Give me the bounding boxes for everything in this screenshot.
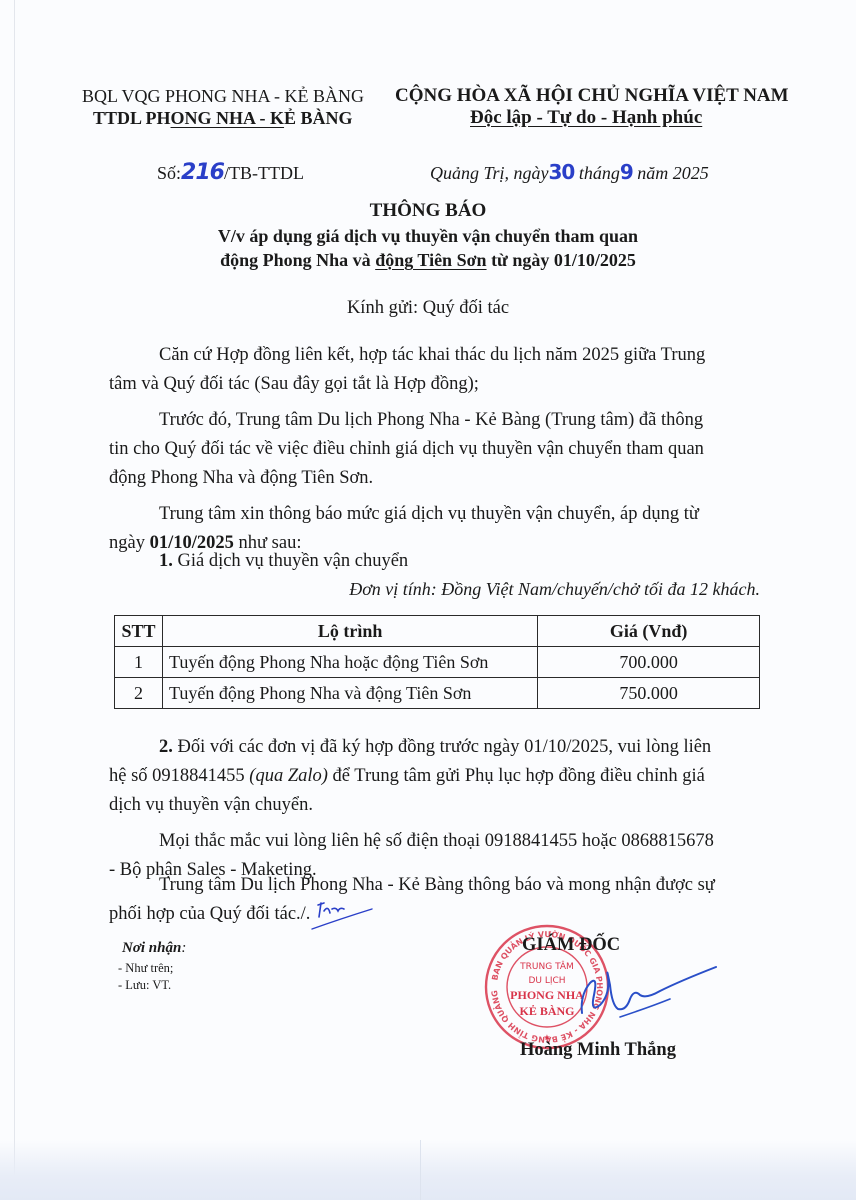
paragraph-2-line-3: động Phong Nha và động Tiên Sơn. [109, 468, 373, 489]
org-unit-underlined: ONG NHA - K [171, 108, 285, 128]
date-day-handwritten: 30 [549, 160, 575, 184]
p3-effective-date: 01/10/2025 [150, 533, 234, 553]
recipients-colon: : [181, 940, 186, 956]
subject-suffix: từ ngày 01/10/2025 [487, 250, 636, 270]
paragraph-2-line-2: tin cho Quý đối tác về việc điều chỉnh g… [109, 439, 704, 460]
paper-fold [420, 1140, 421, 1200]
table-row: 1 Tuyến động Phong Nha hoặc động Tiên Sơ… [115, 647, 760, 678]
paragraph-1-line-2: tâm và Quý đối tác (Sau đây gọi tắt là H… [109, 374, 479, 395]
cell-stt: 2 [115, 678, 163, 709]
recipients-title-text: Nơi nhận [122, 940, 181, 956]
date-year: năm 2025 [637, 163, 709, 183]
table-row: 2 Tuyến động Phong Nha và động Tiên Sơn … [115, 678, 760, 709]
section-2-line-3: dịch vụ thuyền vận chuyển. [109, 795, 313, 816]
signer-position: GIÁM ĐỐC [522, 935, 620, 956]
header-stt: STT [115, 616, 163, 647]
price-table: STT Lộ trình Giá (Vnđ) 1 Tuyến động Phon… [114, 615, 760, 709]
section-1-number: 1. [159, 551, 173, 571]
cell-stt: 1 [115, 647, 163, 678]
date-month-handwritten: 9 [620, 160, 633, 184]
doc-number-label: Số: [157, 163, 181, 183]
section-1-text: Giá dịch vụ thuyền vận chuyển [173, 551, 408, 571]
recipient-item: - Như trên; [118, 961, 173, 976]
section-2-line-1: 2. Đối với các đơn vị đã ký hợp đồng trư… [159, 737, 711, 758]
contact-line-1: Mọi thắc mắc vui lòng liên hệ số điện th… [159, 831, 714, 852]
table-header-row: STT Lộ trình Giá (Vnđ) [115, 616, 760, 647]
document-number: Số:216/TB-TTDL [157, 160, 304, 185]
date-month-label: tháng [579, 163, 620, 183]
p3-prefix: ngày [109, 533, 150, 553]
initials-signature-icon [310, 897, 380, 933]
subject-line-2: động Phong Nha và động Tiên Sơn từ ngày … [0, 250, 856, 271]
scan-shadow [0, 1140, 856, 1200]
cell-route: Tuyến động Phong Nha và động Tiên Sơn [162, 678, 537, 709]
paragraph-2-line-1: Trước đó, Trung tâm Du lịch Phong Nha - … [159, 410, 703, 431]
section-2-number: 2. [159, 737, 173, 757]
nation-title: CỘNG HÒA XÃ HỘI CHỦ NGHĨA VIỆT NAM [395, 85, 789, 107]
section-2-text: Đối với các đơn vị đã ký hợp đồng trước … [173, 737, 711, 757]
cell-route: Tuyến động Phong Nha hoặc động Tiên Sơn [162, 647, 537, 678]
org-unit-suffix: Ẻ BÀNG [284, 108, 353, 128]
closing-line-2: phối hợp của Quý đối tác./. [109, 904, 310, 925]
signer-name: Hoàng Minh Thắng [520, 1040, 676, 1061]
paragraph-1-line-1: Căn cứ Hợp đồng liên kết, hợp tác khai t… [159, 345, 705, 366]
p3-suffix: như sau: [234, 533, 302, 553]
org-unit-prefix: TTDL PH [93, 108, 171, 128]
subject-underlined: động Tiên Sơn [375, 250, 486, 270]
s2-zalo-note: (qua Zalo) [249, 766, 328, 786]
s2-phone: hệ số 0918841455 [109, 766, 249, 786]
closing-line-1: Trung tâm Du lịch Phong Nha - Kẻ Bàng th… [159, 875, 715, 896]
unit-note: Đơn vị tính: Đồng Việt Nam/chuyến/chở tố… [349, 579, 760, 600]
header-price: Giá (Vnđ) [538, 616, 760, 647]
org-unit: TTDL PHONG NHA - KẺ BÀNG [93, 108, 353, 129]
date-place: Quảng Trị, ngày [430, 163, 549, 183]
s2-suffix: để Trung tâm gửi Phụ lục hợp đồng điều c… [328, 766, 705, 786]
subject-line-1: V/v áp dụng giá dịch vụ thuyền vận chuyể… [0, 226, 856, 247]
greeting: Kính gửi: Quý đối tác [0, 298, 856, 319]
section-2-line-2: hệ số 0918841455 (qua Zalo) để Trung tâm… [109, 766, 705, 787]
recipient-item: - Lưu: VT. [118, 978, 171, 993]
handwritten-signature-icon [560, 955, 720, 1025]
motto: Độc lập - Tự do - Hạnh phúc [470, 107, 702, 129]
section-1-heading: 1. Giá dịch vụ thuyền vận chuyển [159, 551, 408, 572]
cell-price: 700.000 [538, 647, 760, 678]
scan-edge [14, 0, 15, 1200]
paragraph-3-line-1: Trung tâm xin thông báo mức giá dịch vụ … [159, 504, 699, 525]
document-date: Quảng Trị, ngày30 tháng9 năm 2025 [430, 160, 709, 184]
doc-number-handwritten: 216 [181, 160, 224, 185]
document-title: THÔNG BÁO [0, 200, 856, 222]
doc-number-suffix: /TB-TTDL [224, 163, 304, 183]
org-parent: BQL VQG PHONG NHA - KẺ BÀNG [82, 86, 364, 107]
document-page: BQL VQG PHONG NHA - KẺ BÀNG TTDL PHONG N… [0, 0, 856, 1200]
recipients-title: Nơi nhận: [122, 940, 186, 957]
header-route: Lộ trình [162, 616, 537, 647]
cell-price: 750.000 [538, 678, 760, 709]
subject-prefix: động Phong Nha và [220, 250, 375, 270]
